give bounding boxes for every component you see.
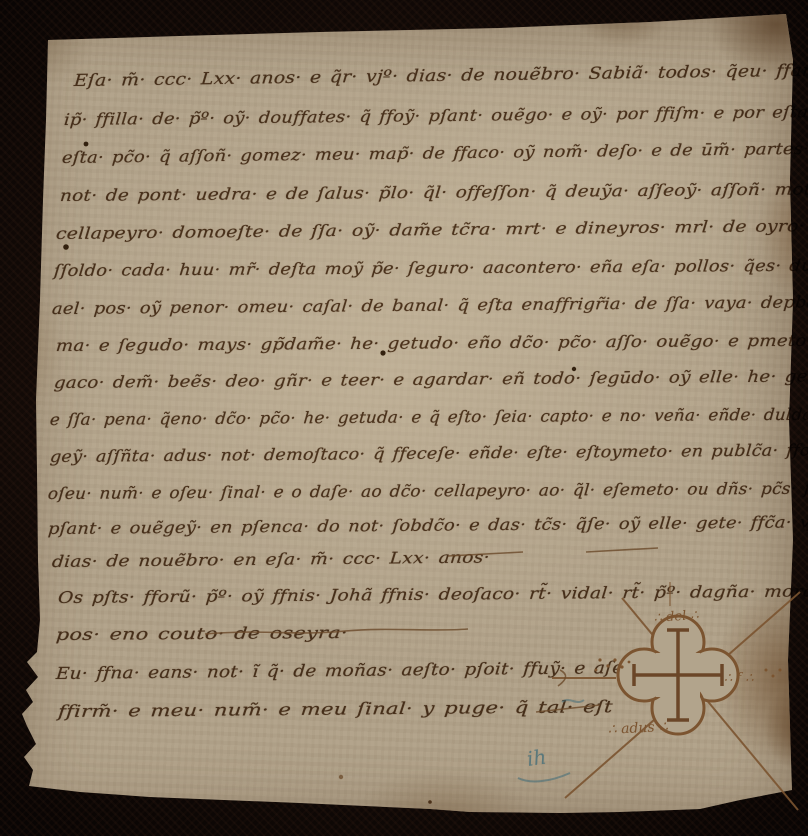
photograph-backdrop: Eſa· m̃· ccc· Lxx· anos· e q̃r· vjº· dia… xyxy=(0,0,808,836)
witness-line: pos· eno couto· de oseyra· xyxy=(55,623,348,644)
